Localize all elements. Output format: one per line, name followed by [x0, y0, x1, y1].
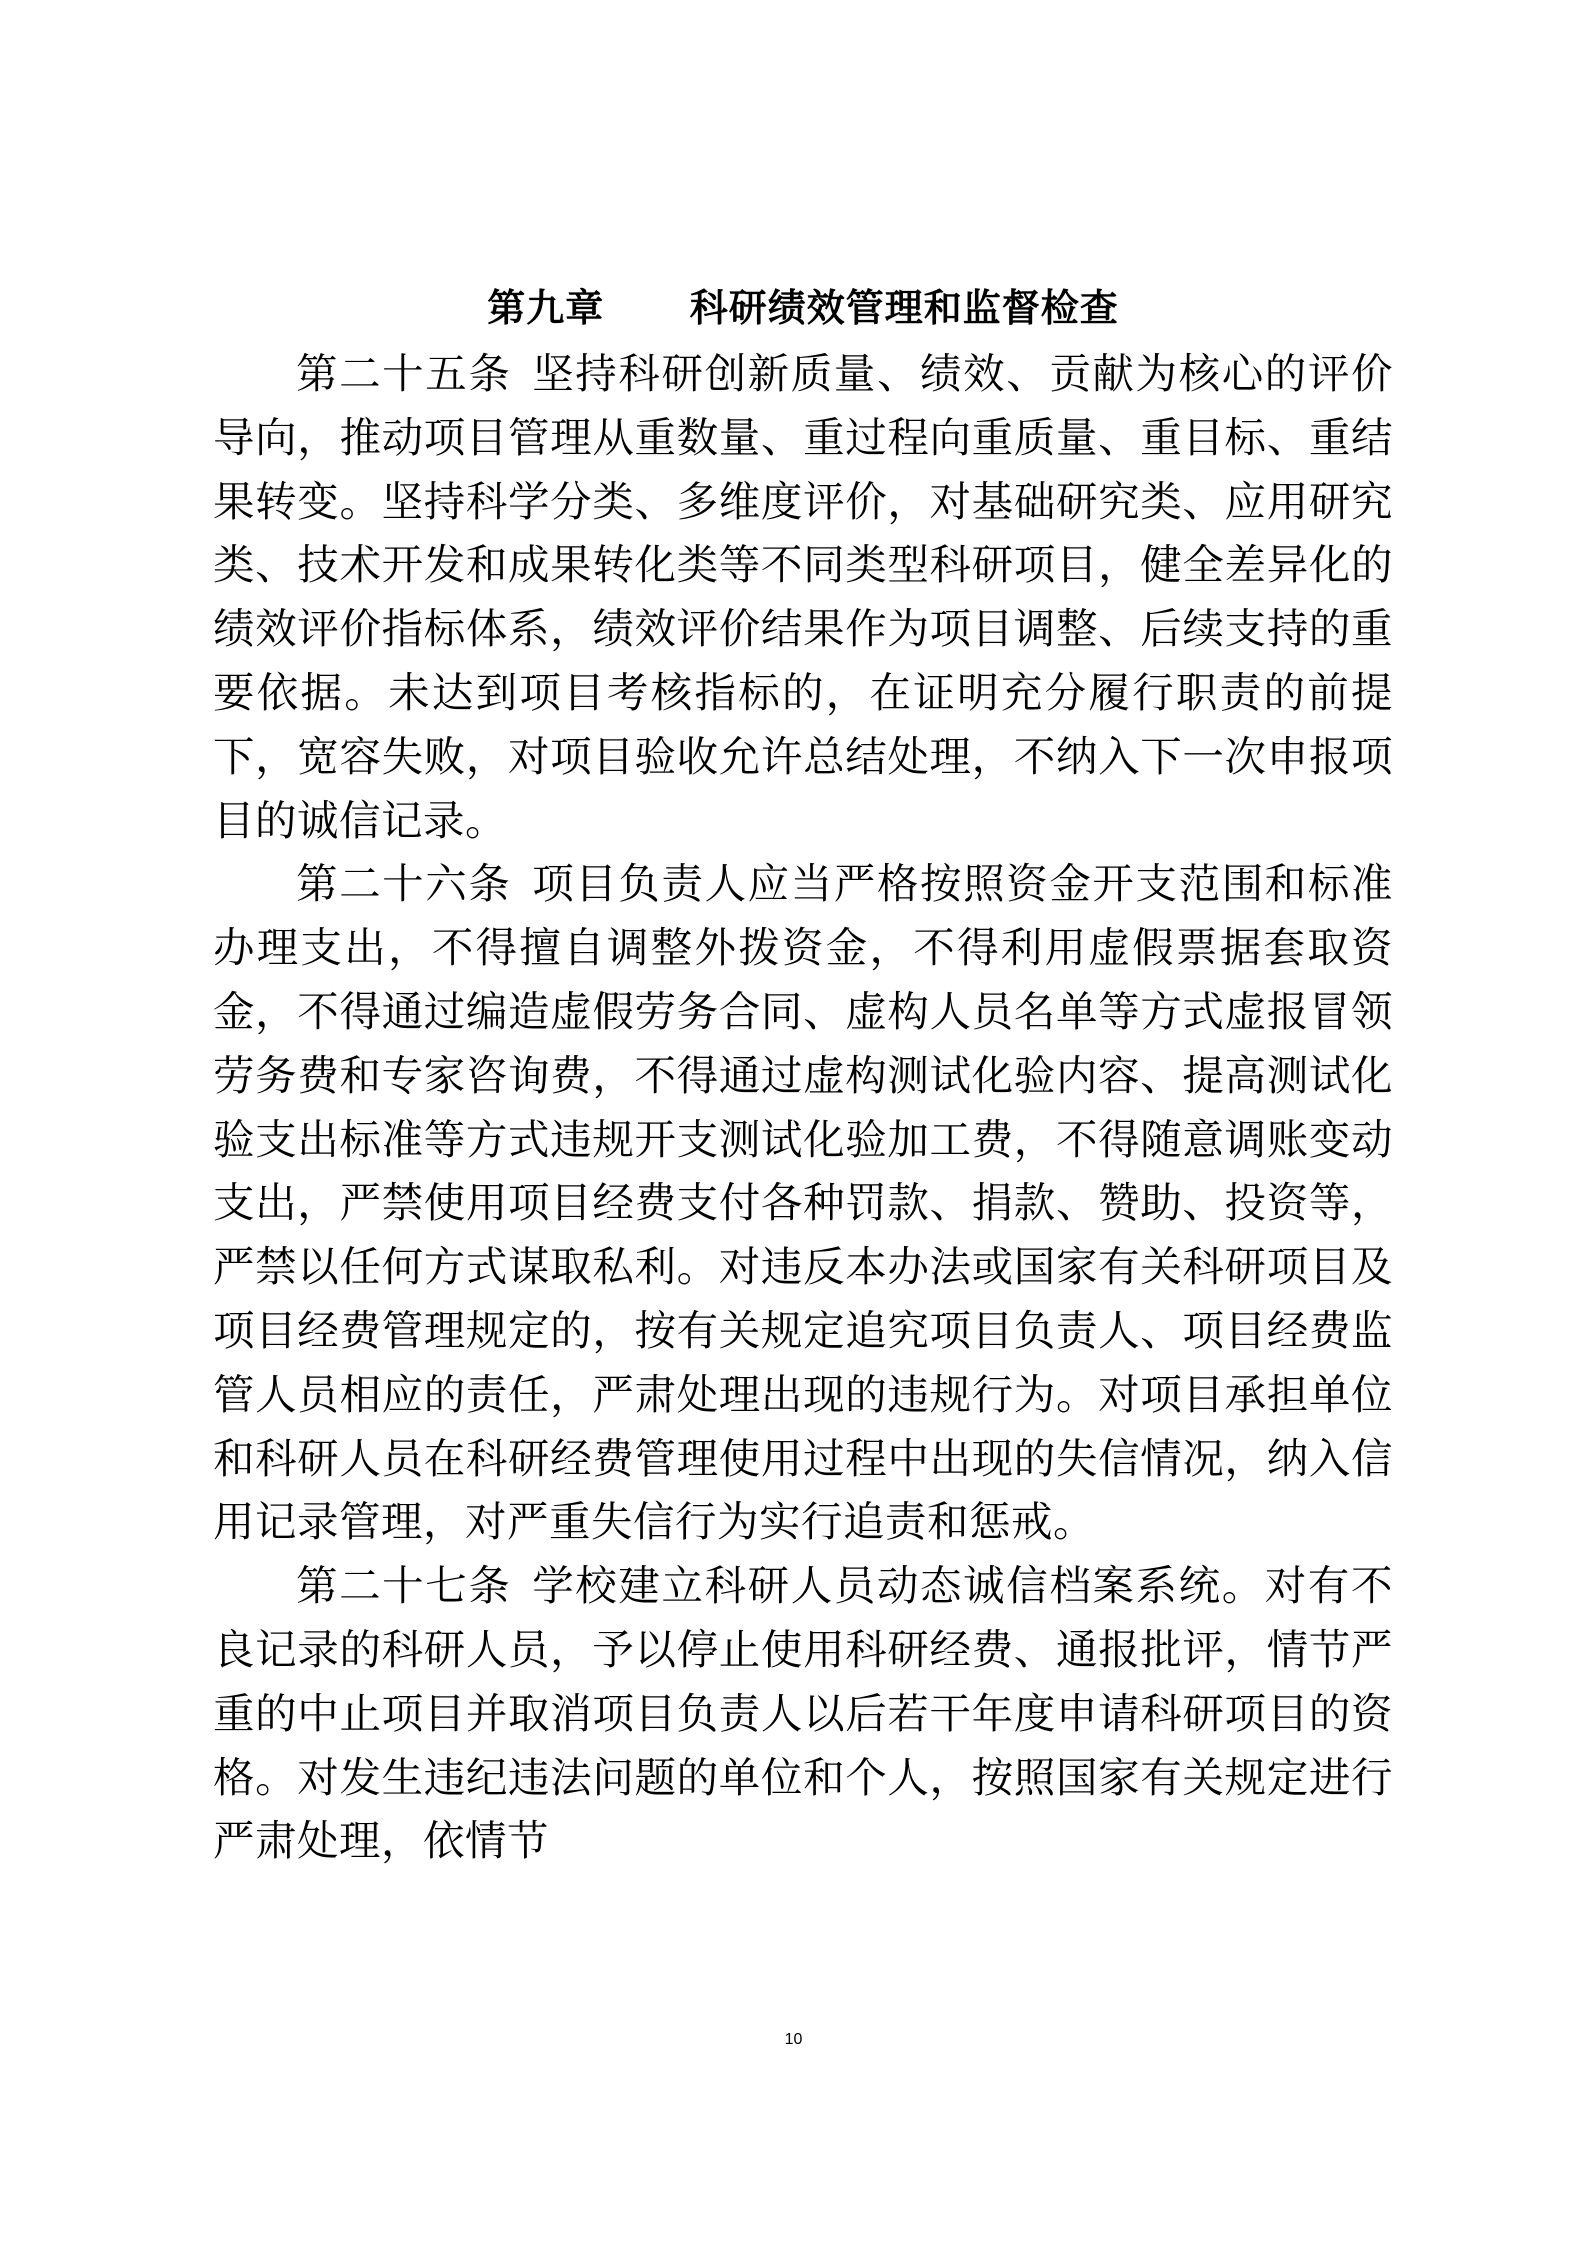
- chapter-number: 第九章: [487, 286, 604, 330]
- chapter-title: 科研绩效管理和监督检查: [690, 286, 1119, 330]
- article-text: 坚持科研创新质量、绩效、贡献为核心的评价导向，推动项目管理从重数量、重过程向重质…: [213, 349, 1393, 845]
- page-number: 10: [0, 2031, 1587, 2049]
- article-26: 第二十六条项目负责人应当严格按照资金开支范围和标准办理支出，不得擅自调整外拨资金…: [213, 852, 1393, 1554]
- article-number: 第二十七条: [296, 1561, 511, 1610]
- article-text: 项目负责人应当严格按照资金开支范围和标准办理支出，不得擅自调整外拨资金，不得利用…: [213, 859, 1393, 1546]
- document-body: 第二十五条坚持科研创新质量、绩效、贡献为核心的评价导向，推动项目管理从重数量、重…: [213, 342, 1393, 1873]
- chapter-heading: 第九章 科研绩效管理和监督检查: [213, 278, 1393, 338]
- article-27: 第二十七条学校建立科研人员动态诚信档案系统。对有不良记录的科研人员，予以停止使用…: [213, 1554, 1393, 1873]
- article-number: 第二十六条: [296, 859, 511, 908]
- article-25: 第二十五条坚持科研创新质量、绩效、贡献为核心的评价导向，推动项目管理从重数量、重…: [213, 342, 1393, 852]
- article-number: 第二十五条: [296, 349, 511, 398]
